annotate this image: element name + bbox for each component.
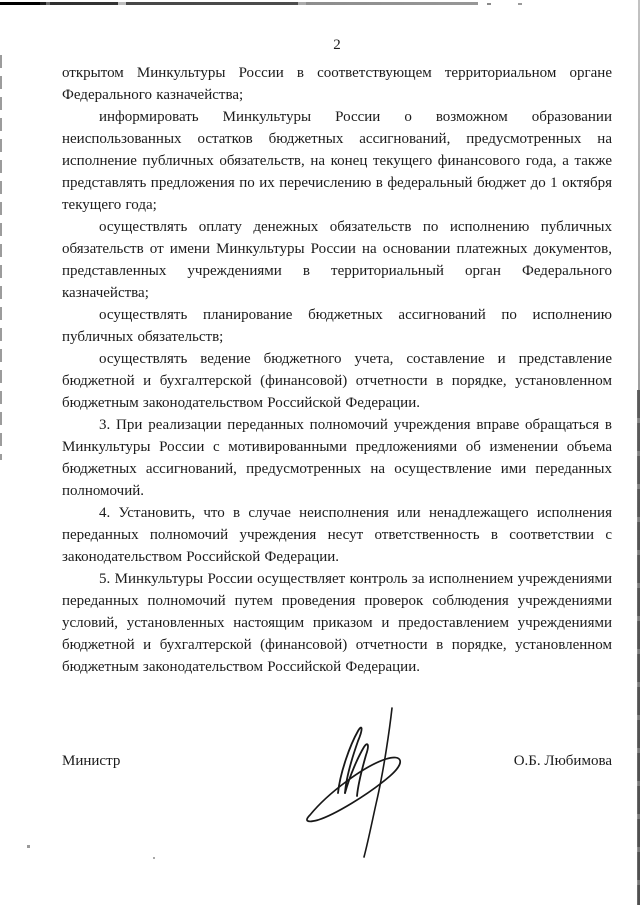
- paragraph: осуществлять ведение бюджетного учета, с…: [62, 348, 612, 414]
- paragraph-item-4: 4. Установить, что в случае неисполнения…: [62, 502, 612, 568]
- paragraph: осуществлять планирование бюджетных асси…: [62, 304, 612, 348]
- paragraph-item-3: 3. При реализации переданных полномочий …: [62, 414, 612, 502]
- scan-artifact-speck: [153, 857, 155, 859]
- scan-artifact-speck: [27, 845, 30, 848]
- document-page: 2 открытом Минкультуры России в соответс…: [0, 0, 640, 905]
- paragraph-continuation: открытом Минкультуры России в соответств…: [62, 62, 612, 106]
- paragraph-item-5: 5. Минкультуры России осуществляет контр…: [62, 568, 612, 678]
- scan-artifact-dot: [518, 3, 522, 5]
- minister-title: Министр: [62, 751, 120, 771]
- paragraph: осуществлять оплату денежных обязательст…: [62, 216, 612, 304]
- scan-artifact-dot: [487, 3, 491, 5]
- scan-artifact-top-line: [0, 2, 478, 5]
- handwritten-signature-icon: [300, 700, 418, 862]
- page-number: 2: [62, 37, 612, 53]
- paragraph: информировать Минкультуры России о возмо…: [62, 106, 612, 216]
- scan-artifact-left-dashes: [0, 55, 2, 460]
- document-body: открытом Минкультуры России в соответств…: [62, 62, 612, 678]
- minister-name: О.Б. Любимова: [514, 751, 612, 771]
